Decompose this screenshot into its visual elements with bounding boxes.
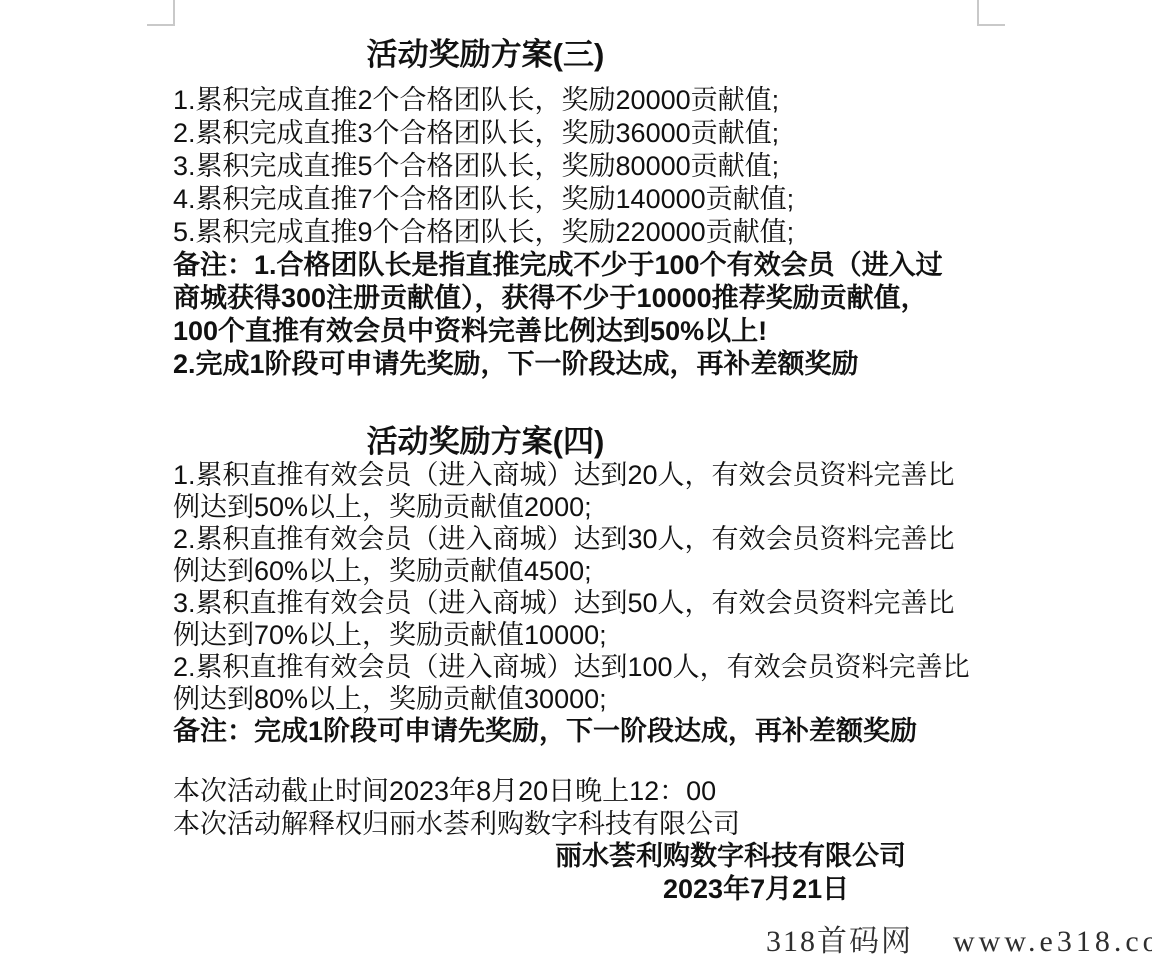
reward-item-line: 例达到70%以上，奖励贡献值10000;: [173, 619, 979, 651]
text-boundary-mark-top-right: [977, 0, 1005, 26]
reward-item-line: 例达到50%以上，奖励贡献值2000;: [173, 491, 979, 523]
reward-item-line: 2.累积直推有效会员（进入商城）达到100人，有效会员资料完善比: [173, 651, 979, 683]
company-signature: 丽水荟利购数字科技有限公司: [173, 840, 979, 873]
reward-item-line: 1.累积直推有效会员（进入商城）达到20人，有效会员资料完善比: [173, 459, 979, 491]
watermark-site-url: www.e318.com: [953, 925, 1152, 958]
section3-reward-list: 1.累积完成直推2个合格团队长，奖励20000贡献值; 2.累积完成直推3个合格…: [173, 84, 979, 249]
note-line: 2.完成1阶段可申请先奖励，下一阶段达成，再补差额奖励: [173, 348, 979, 381]
rights-text: 本次活动解释权归丽水荟利购数字科技有限公司: [173, 808, 979, 841]
note-line: 商城获得300注册贡献值），获得不少于10000推荐奖励贡献值，: [173, 282, 979, 315]
reward-item: 3.累积完成直推5个合格团队长，奖励80000贡献值;: [173, 150, 979, 183]
reward-item-line: 例达到60%以上，奖励贡献值4500;: [173, 555, 979, 587]
reward-item: 5.累积完成直推9个合格团队长，奖励220000贡献值;: [173, 216, 979, 249]
reward-item: 4.累积完成直推7个合格团队长，奖励140000贡献值;: [173, 183, 979, 216]
document-content: 活动奖励方案(三) 1.累积完成直推2个合格团队长，奖励20000贡献值; 2.…: [173, 0, 979, 905]
section3-title: 活动奖励方案(三): [173, 38, 798, 72]
text-boundary-mark-top-left: [147, 0, 175, 26]
reward-item-line: 例达到80%以上，奖励贡献值30000;: [173, 683, 979, 715]
reward-item: 1.累积完成直推2个合格团队长，奖励20000贡献值;: [173, 84, 979, 117]
section3-note: 备注：1.合格团队长是指直推完成不少于100个有效会员（进入过 商城获得300注…: [173, 249, 979, 381]
reward-item-line: 3.累积直推有效会员（进入商城）达到50人，有效会员资料完善比: [173, 587, 979, 619]
section4-title: 活动奖励方案(四): [173, 425, 798, 459]
reward-item: 2.累积完成直推3个合格团队长，奖励36000贡献值;: [173, 117, 979, 150]
footer-block: 本次活动截止时间2023年8月20日晚上12：00 本次活动解释权归丽水荟利购数…: [173, 775, 979, 905]
section4-note: 备注：完成1阶段可申请先奖励，下一阶段达成，再补差额奖励: [173, 715, 979, 748]
deadline-text: 本次活动截止时间2023年8月20日晚上12：00: [173, 775, 979, 808]
note-line: 100个直推有效会员中资料完善比例达到50%以上!: [173, 315, 979, 348]
section4-reward-list: 1.累积直推有效会员（进入商城）达到20人，有效会员资料完善比 例达到50%以上…: [173, 459, 979, 715]
watermark-site-name: 318首码网: [766, 925, 913, 958]
reward-item-line: 2.累积直推有效会员（进入商城）达到30人，有效会员资料完善比: [173, 523, 979, 555]
signature-date: 2023年7月21日: [173, 873, 979, 906]
note-line: 备注：1.合格团队长是指直推完成不少于100个有效会员（进入过: [173, 249, 979, 282]
document-page: 活动奖励方案(三) 1.累积完成直推2个合格团队长，奖励20000贡献值; 2.…: [0, 0, 1152, 964]
watermark: 318首码网www.e318.com: [766, 916, 1152, 960]
